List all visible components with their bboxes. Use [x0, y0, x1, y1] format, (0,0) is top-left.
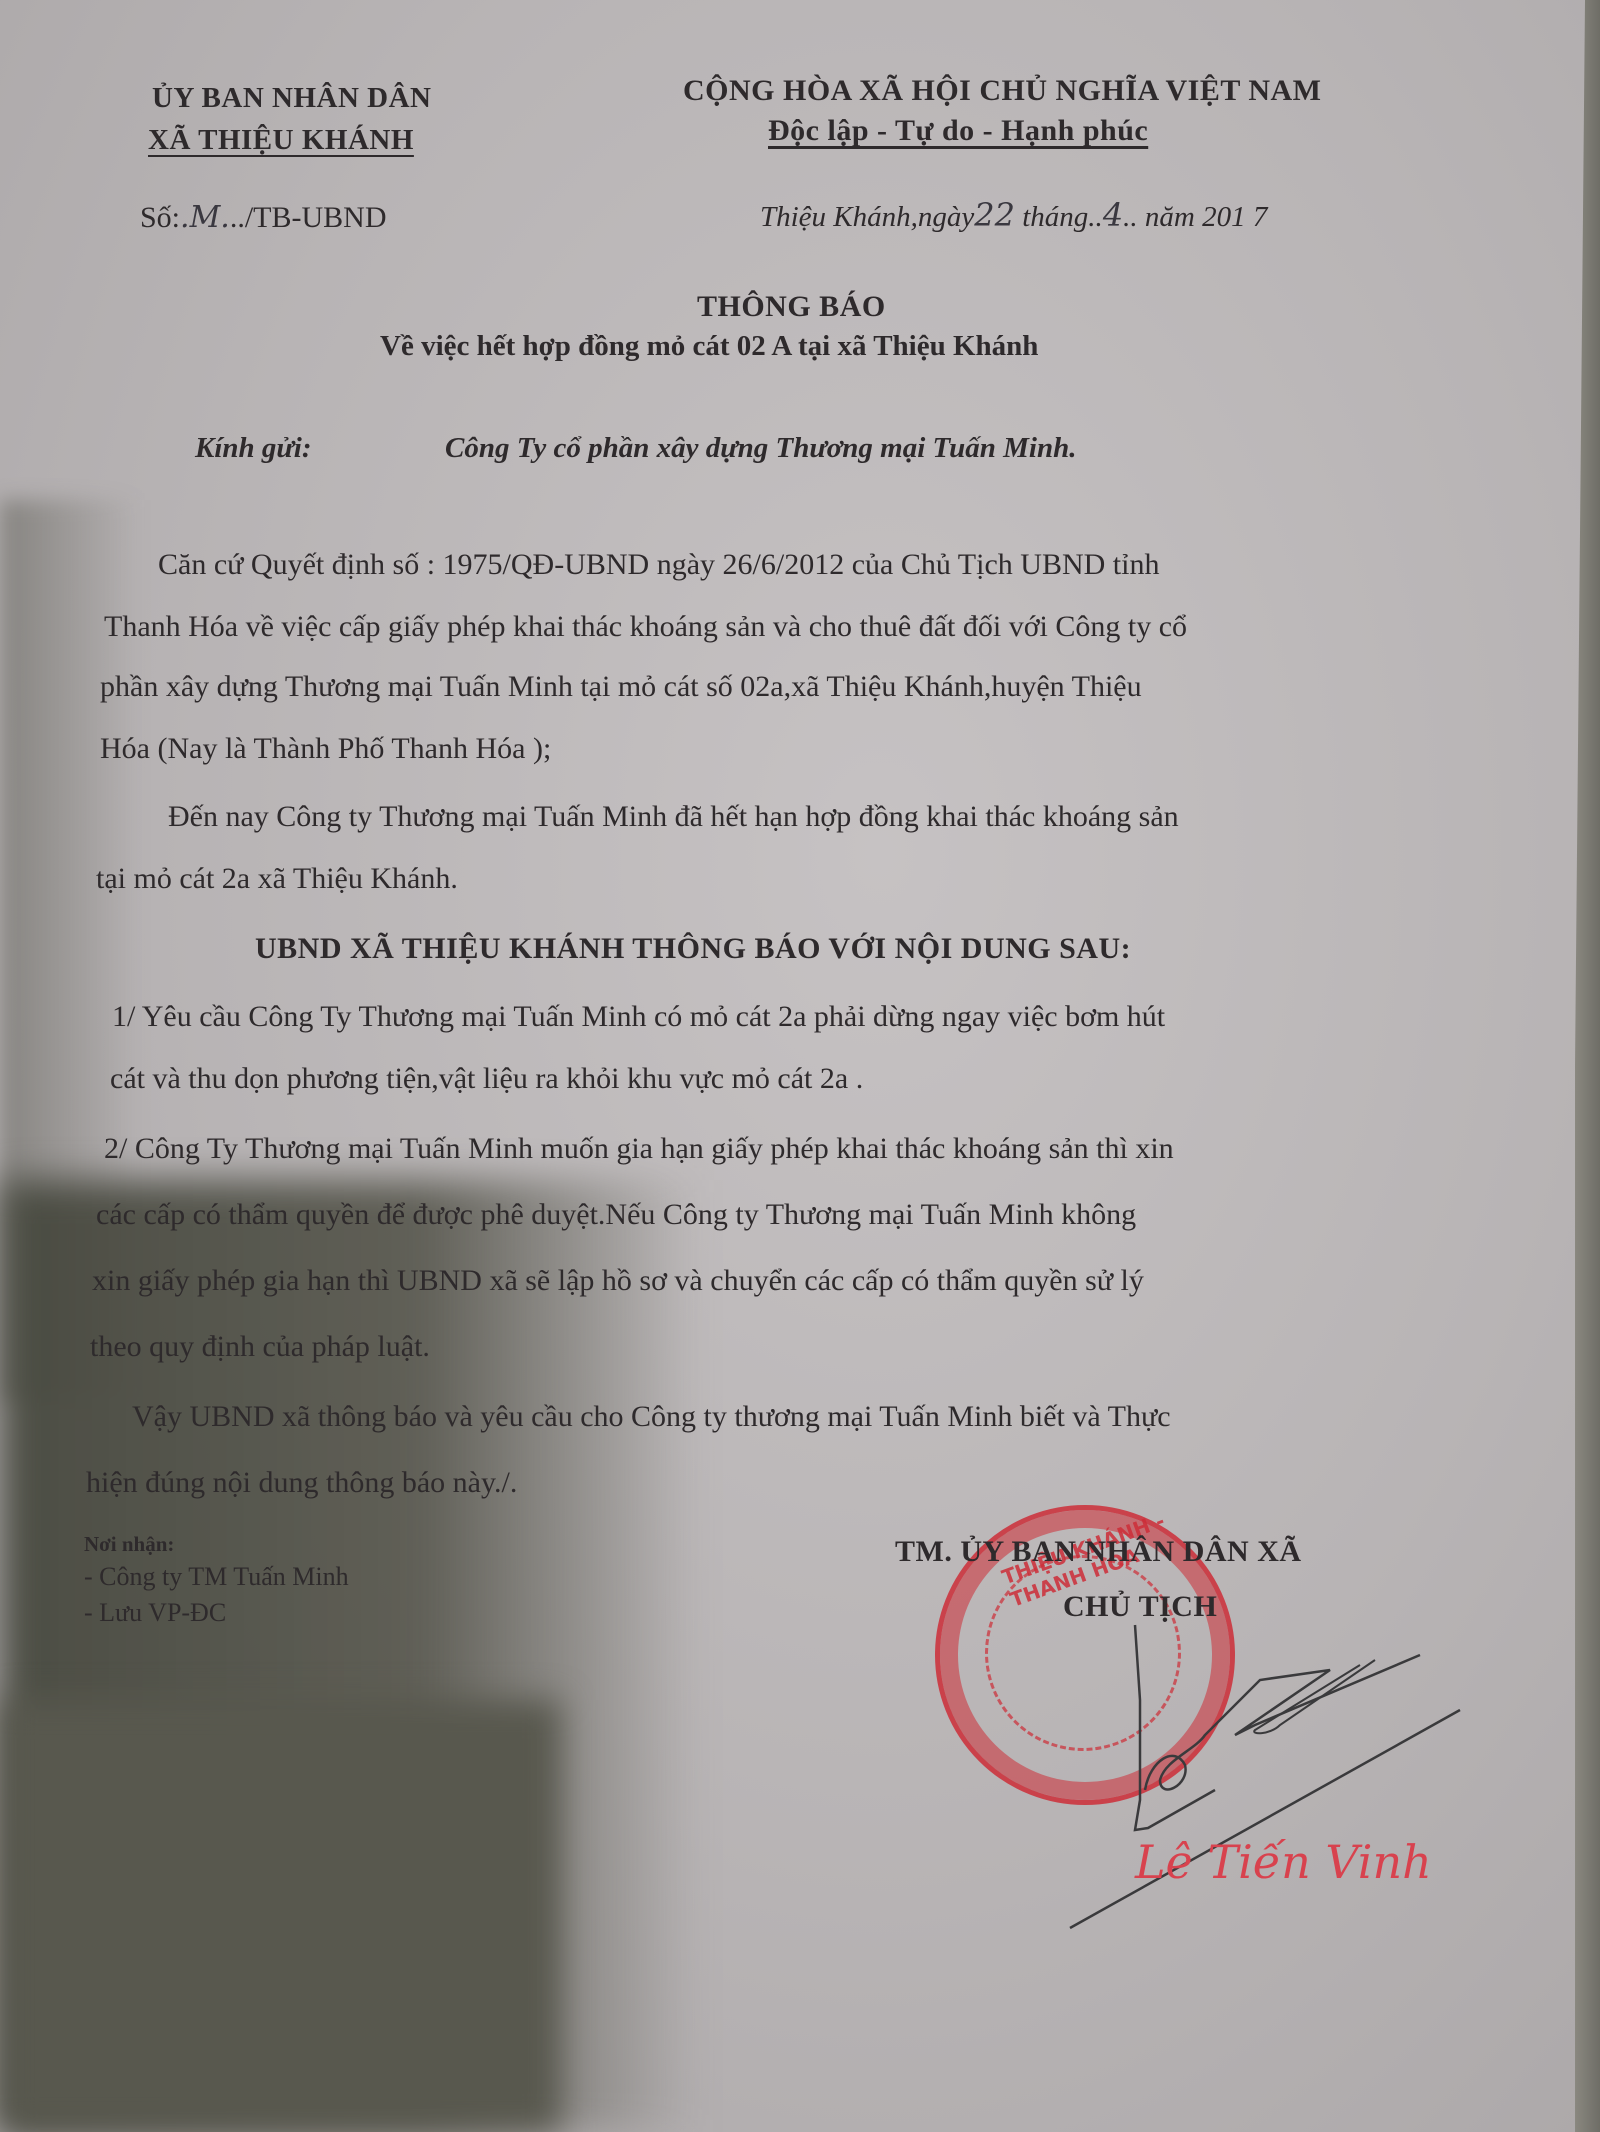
handwritten-signature-icon: [0, 0, 1600, 2132]
signer-name: Lê Tiến Vinh: [1135, 1835, 1432, 1889]
